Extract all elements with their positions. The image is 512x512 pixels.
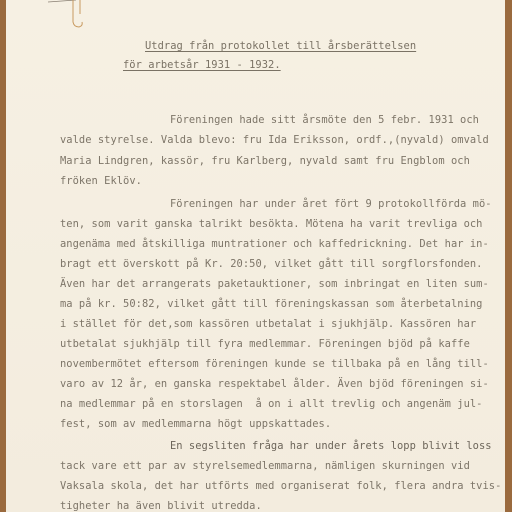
paragraph-3-line-1: En segsliten fråga har under årets lopp … — [170, 440, 492, 452]
paragraph-3-line-2: tack vare ett par av styrelsemedlemmarna… — [60, 460, 470, 472]
paragraph-2-line-10: varo av 12 år, en ganska respektabel åld… — [60, 378, 489, 390]
handwritten-mark-icon — [46, 0, 86, 34]
paragraph-2-line-6: ma på kr. 50:82, vilket gått till föreni… — [60, 298, 482, 310]
paragraph-2-line-1: Föreningen har under året fört 9 protoko… — [170, 198, 492, 210]
document-page: Utdrag från protokollet till årsberättel… — [6, 0, 505, 512]
paragraph-2-line-2: ten, som varit ganska talrikt besökta. M… — [60, 218, 482, 230]
paragraph-2-line-9: novembermötet eftersom föreningen kunde … — [60, 358, 489, 370]
paragraph-1-line-1: Föreningen hade sitt årsmöte den 5 febr.… — [170, 114, 479, 126]
paragraph-2-line-8: utbetalat sjukhjälp till fyra medlemmar.… — [60, 338, 470, 350]
paragraph-2-line-12: fest, som av medlemmarna högt uppskattad… — [60, 418, 331, 430]
paragraph-2-line-4: bragt ett överskott på Kr. 20:50, vilket… — [60, 258, 482, 270]
paragraph-2-line-5: Även har det arrangerats paketauktioner,… — [60, 278, 489, 290]
paragraph-1-line-3: Maria Lindgren, kassör, fru Karlberg, ny… — [60, 155, 470, 167]
paragraph-2-line-11: na medlemmar på en storslagen å on i all… — [60, 398, 482, 410]
document-title-line-1: Utdrag från protokollet till årsberättel… — [145, 40, 416, 52]
paragraph-3-line-3: Vaksala skola, det har utförts med organ… — [60, 480, 501, 492]
document-title-line-2: för arbetsår 1931 - 1932. — [123, 59, 281, 71]
paragraph-1-line-4: fröken Eklöv. — [60, 175, 142, 187]
paragraph-2-line-7: i stället för det,som kassören utbetalat… — [60, 318, 476, 330]
paragraph-2-line-3: angenäma med åtskilliga muntrationer och… — [60, 238, 489, 250]
paragraph-1-line-2: valde styrelse. Valda blevo: fru Ida Eri… — [60, 134, 489, 146]
paragraph-3-line-4: tigheter ha även blivit utredda. — [60, 500, 262, 512]
